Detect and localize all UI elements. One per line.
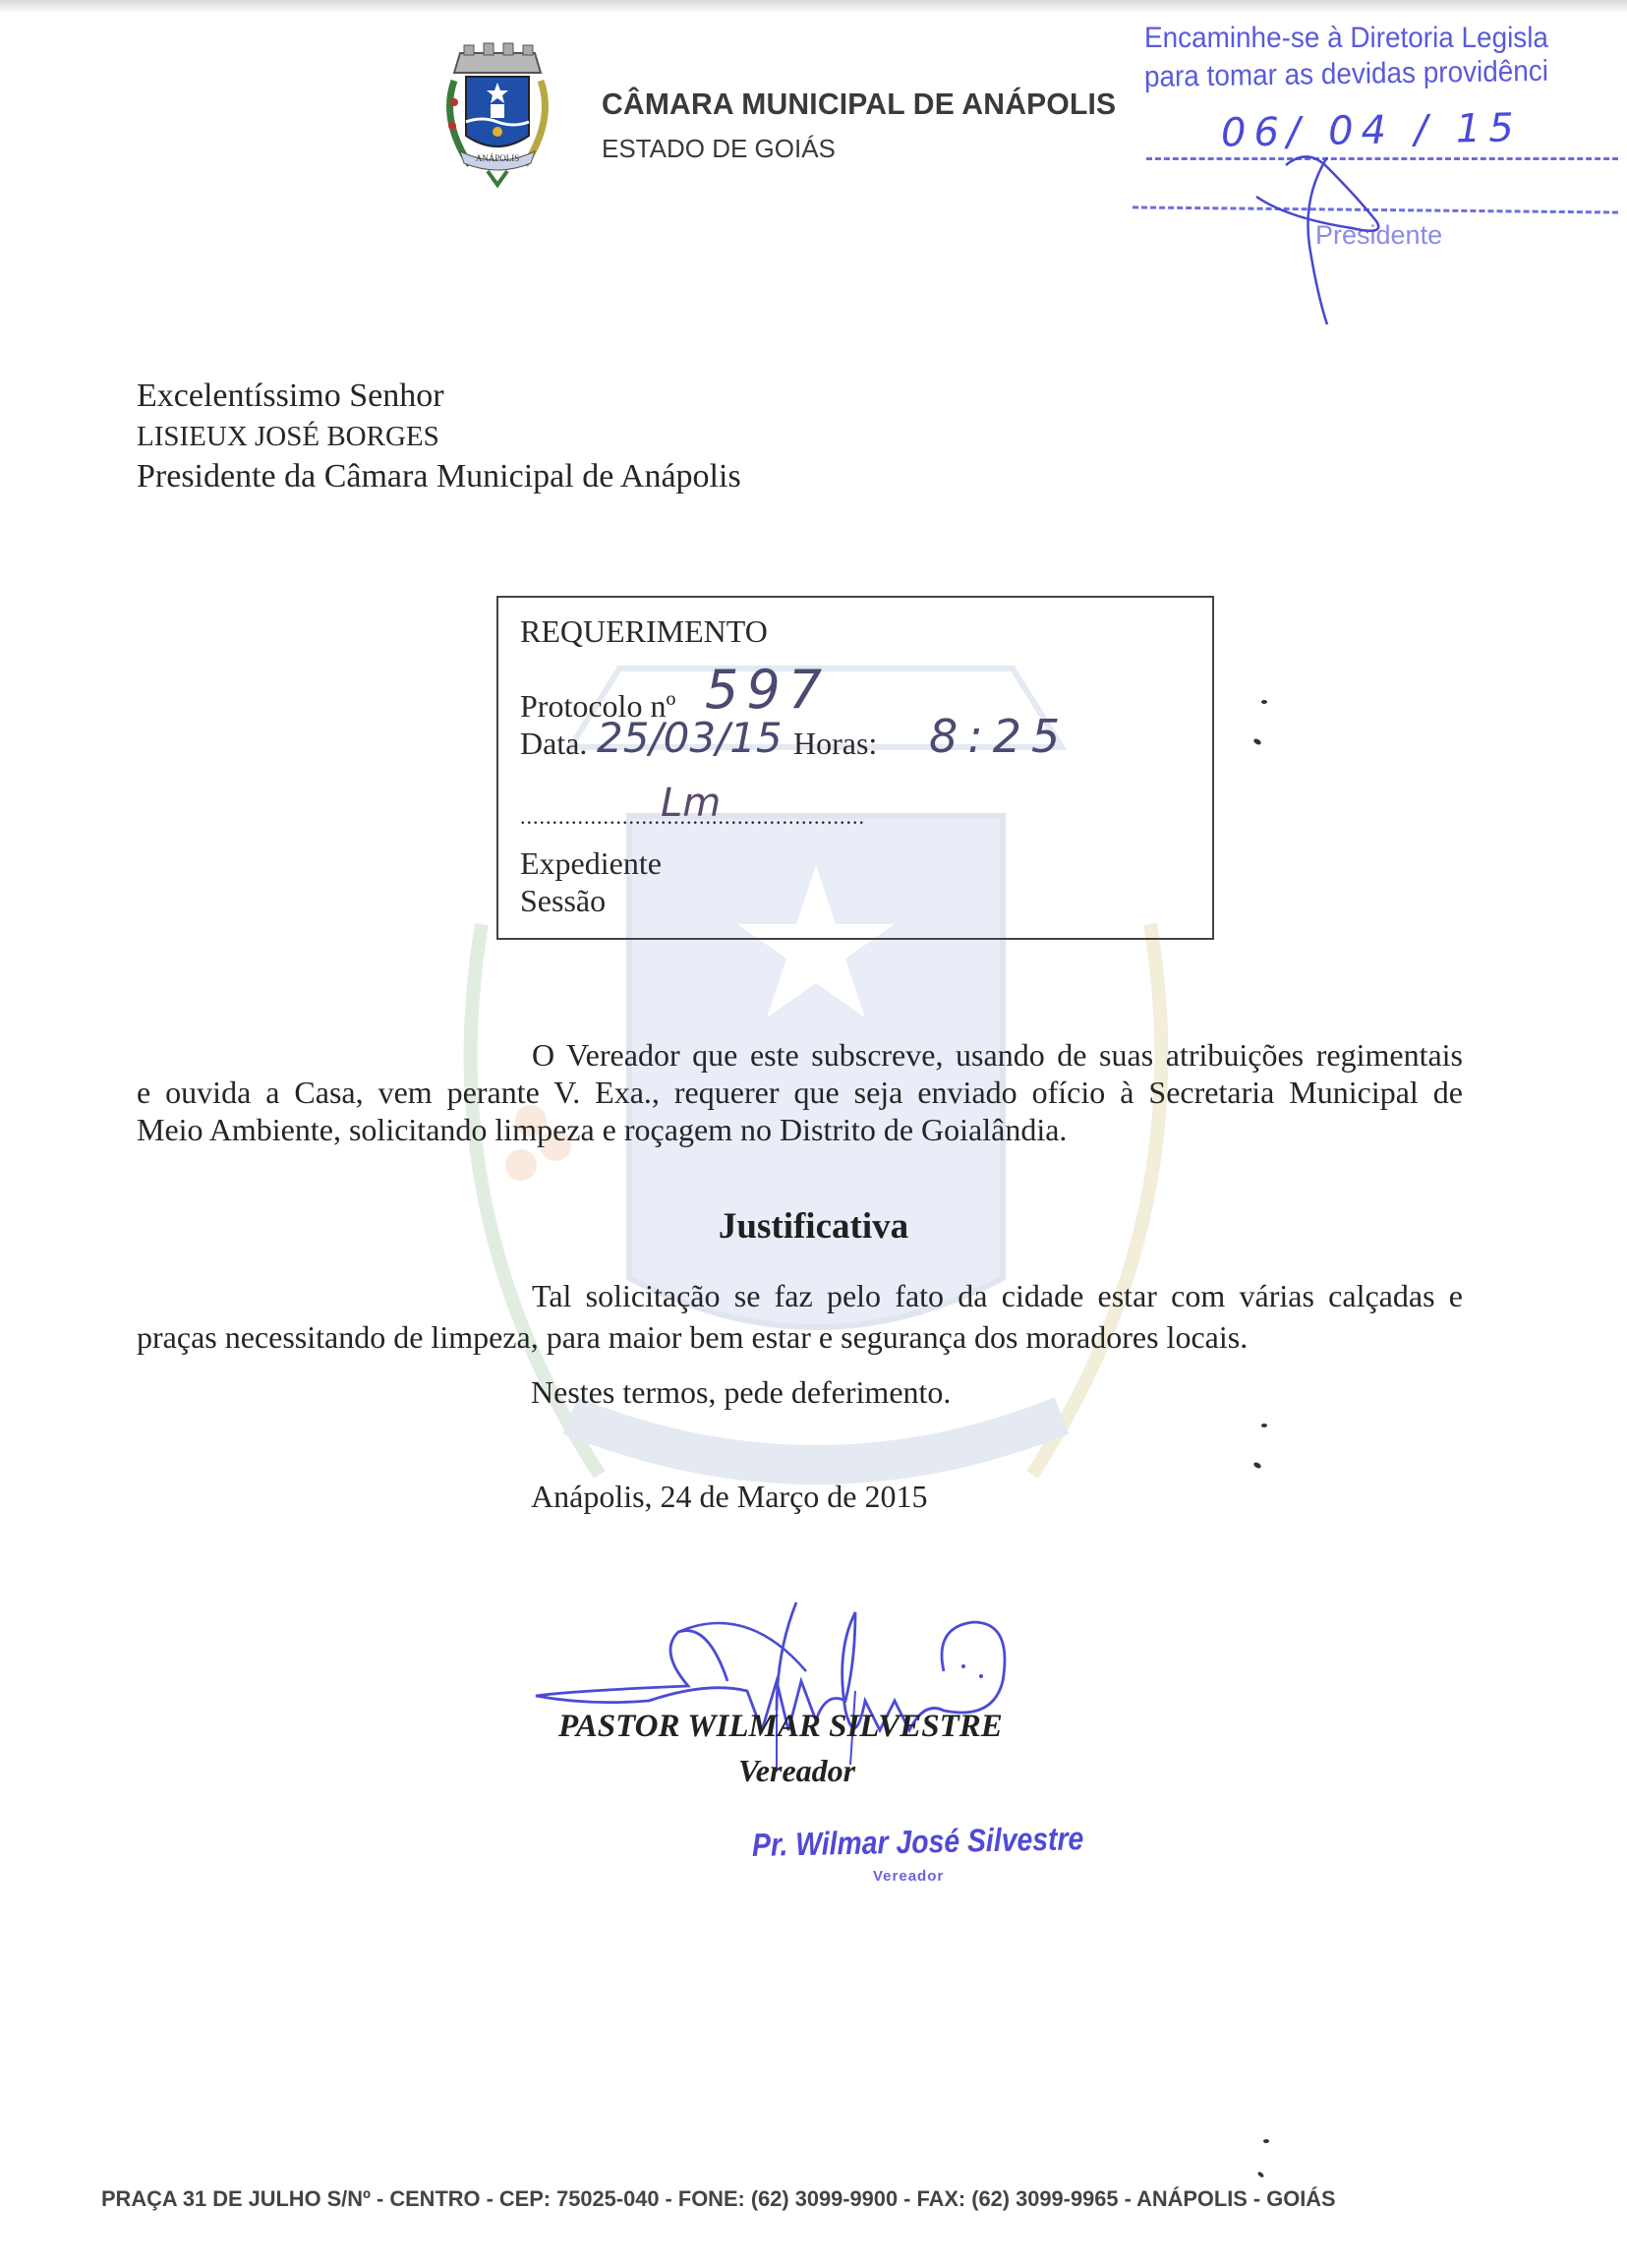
signatory-stamp-role: Vereador [873, 1868, 944, 1885]
paragraph-line: e ouvida a Casa, vem perante V. Exa., re… [137, 1075, 1463, 1112]
protocol-heading: REQUERIMENTO [520, 613, 768, 650]
closing-phrase: Nestes termos, pede deferimento. [531, 1374, 951, 1411]
scan-speck [1261, 700, 1267, 704]
scan-speck [1257, 2171, 1265, 2179]
place-and-date: Anápolis, 24 de Março de 2015 [531, 1479, 927, 1515]
dispatch-stamp: Encaminhe-se à Diretoria Legisla para to… [1140, 0, 1627, 334]
organization-state: ESTADO DE GOIÁS [602, 134, 836, 164]
paragraph-line: praças necessitando de limpeza, para mai… [137, 1319, 1463, 1357]
protocol-number-value: 597 [705, 659, 830, 721]
time-label: Horas: [793, 726, 877, 762]
coat-of-arms-logo-icon: ANÁPOLIS [433, 41, 562, 189]
president-signature-icon [1140, 0, 1627, 334]
paragraph-line: Meio Ambiente, solicitando limpeza e roç… [137, 1112, 1463, 1149]
expediente-label: Expediente [520, 845, 662, 882]
protocol-box: REQUERIMENTO Protocolo nº 597 Data. 25/0… [496, 596, 1214, 940]
justification-heading: Justificativa [0, 1205, 1627, 1248]
svg-text:ANÁPOLIS: ANÁPOLIS [476, 153, 520, 163]
addressee-title: Presidente da Câmara Municipal de Anápol… [137, 458, 741, 495]
signatory-stamp-name: Pr. Wilmar José Silvestre [752, 1820, 1084, 1864]
justification-paragraph: Tal solicitação se faz pelo fato da cida… [137, 1278, 1463, 1357]
dotted-line: ........................................… [520, 804, 865, 830]
organization-name: CÂMARA MUNICIPAL DE ANÁPOLIS [602, 87, 1116, 122]
time-value: 8:25 [929, 710, 1070, 763]
date-value: 25/03/15 [597, 714, 783, 762]
sessao-label: Sessão [520, 883, 606, 919]
footer-address: PRAÇA 31 DE JULHO S/Nº - CENTRO - CEP: 7… [101, 2186, 1336, 2212]
request-paragraph: O Vereador que este subscreve, usando de… [137, 1037, 1463, 1149]
date-label: Data. [520, 726, 587, 762]
scan-speck [1263, 2139, 1269, 2143]
paragraph-line: Tal solicitação se faz pelo fato da cida… [137, 1278, 1463, 1319]
signatory-role: Vereador [738, 1753, 855, 1789]
scan-speck [1261, 1424, 1267, 1427]
addressee-name: LISIEUX JOSÉ BORGES [137, 421, 439, 453]
signatory-name: PASTOR WILMAR SILVESTRE [558, 1709, 1003, 1745]
paragraph-line: O Vereador que este subscreve, usando de… [137, 1037, 1463, 1075]
salutation: Excelentíssimo Senhor [137, 378, 444, 415]
